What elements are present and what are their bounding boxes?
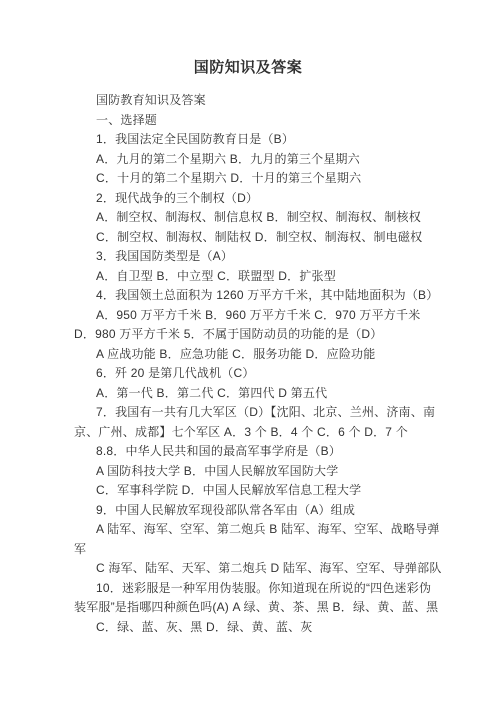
document-line: A 陆军、海军、空军、第二炮兵 B 陆军、海军、空军、战略导弹: [74, 520, 422, 540]
document-line: 1．我国法定全民国防教育日是（B）: [74, 130, 422, 150]
document-page: 国防知识及答案 国防教育知识及答案一、选择题1．我国法定全民国防教育日是（B）A…: [0, 0, 496, 702]
document-line: 7．我国有一共有几大军区（D）【沈阳、北京、兰州、济南、南: [74, 403, 422, 423]
document-line: 9．中国人民解放军现役部队常各军由（A）组成: [74, 501, 422, 521]
document-line: 国防教育知识及答案: [74, 91, 422, 111]
document-line: 6．歼 20 是第几代战机（C）: [74, 364, 422, 384]
document-line: C．绿、蓝、灰、黑 D．绿、黄、蓝、灰: [74, 618, 422, 638]
document-line: 8.8．中华人民共和国的最高军事学府是（B）: [74, 442, 422, 462]
document-line: 京、广州、成都】七个军区 A．3 个 B．4 个 C．6 个 D．7 个: [74, 423, 422, 443]
document-line: 4．我国领土总面积为 1260 万平方千米，其中陆地面积为（B）: [74, 286, 422, 306]
document-line: A．九月的第二个星期六 B．九月的第三个星期六: [74, 150, 422, 170]
document-line: A 应战功能 B．应急功能 C．服务功能 D．应险功能: [74, 345, 422, 365]
document-line: 2．现代战争的三个制权（D）: [74, 189, 422, 209]
document-line: 3．我国国防类型是（A）: [74, 247, 422, 267]
document-line: 10．迷彩服是一种军用伪装服。你知道现在所说的“四色迷彩伪: [74, 579, 422, 599]
document-line: A 国防科技大学 B．中国人民解放军国防大学: [74, 462, 422, 482]
document-line: C．十月的第二个星期六 D．十月的第三个星期六: [74, 169, 422, 189]
document-title: 国防知识及答案: [74, 57, 422, 78]
document-line: 一、选择题: [74, 111, 422, 131]
document-line: 装军服”是指哪四种颜色吗(A) A 绿、黄、茶、黑 B．绿、黄、蓝、黑: [74, 598, 422, 618]
document-line: C 海军、陆军、天军、第二炮兵 D 陆军、海军、空军、导弹部队: [74, 559, 422, 579]
document-line: A．自卫型 B．中立型 C．联盟型 D．扩张型: [74, 267, 422, 287]
document-line: D．980 万平方千米 5．不属于国防动员的功能的是（D）: [74, 325, 422, 345]
document-line: A．950 万平方千米 B．960 万平方千米 C．970 万平方千米: [74, 306, 422, 326]
document-line: C．军事科学院 D．中国人民解放军信息工程大学: [74, 481, 422, 501]
document-line: A．第一代 B．第二代 C．第四代 D 第五代: [74, 384, 422, 404]
document-line: C．制空权、制海权、制陆权 D．制空权、制海权、制电磁权: [74, 228, 422, 248]
document-line: A．制空权、制海权、制信息权 B．制空权、制海权、制核权: [74, 208, 422, 228]
document-line: 军: [74, 540, 422, 560]
document-body: 国防教育知识及答案一、选择题1．我国法定全民国防教育日是（B）A．九月的第二个星…: [74, 91, 422, 637]
